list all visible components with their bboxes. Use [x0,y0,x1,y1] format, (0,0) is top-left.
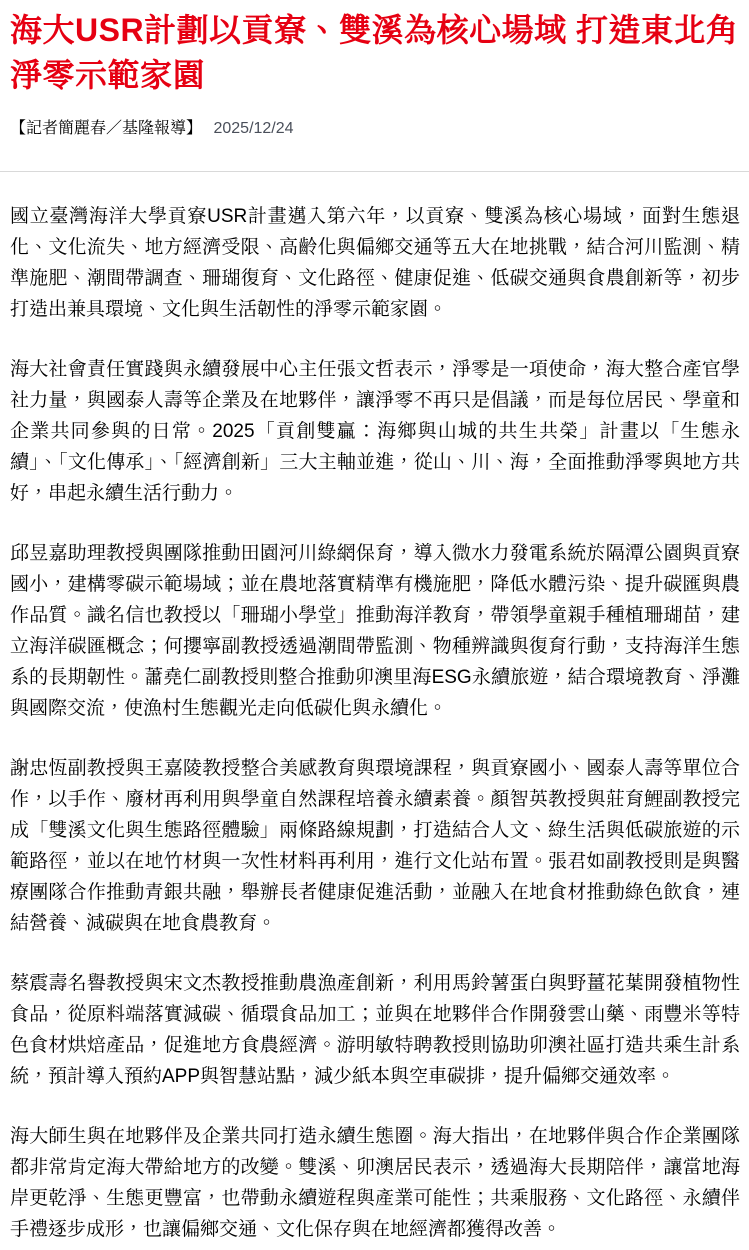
article-date: 2025/12/24 [213,120,293,137]
paragraph: 邱昱嘉助理教授與團隊推動田園河川綠網保育，導入微水力發電系統於隔潭公園與貢寮國小… [10,538,740,724]
article-header: 海大USR計劃以貢寮、雙溪為核心場域 打造東北角淨零示範家園 【記者簡麗春／基隆… [0,0,749,138]
article-page: 海大USR計劃以貢寮、雙溪為核心場域 打造東北角淨零示範家園 【記者簡麗春／基隆… [0,0,749,1245]
paragraph: 海大社會責任實踐與永續發展中心主任張文哲表示，淨零是一項使命，海大整合產官學社力… [10,354,740,509]
byline: 【記者簡麗春／基隆報導】 2025/12/24 [10,119,740,138]
paragraph: 海大師生與在地夥伴及企業共同打造永續生態圈。海大指出，在地夥伴與合作企業團隊都非… [10,1121,740,1245]
divider [0,171,749,172]
paragraph: 蔡震壽名譽教授與宋文杰教授推動農漁產創新，利用馬鈴薯蛋白與野薑花葉開發植物性食品… [10,968,740,1092]
article-body: 國立臺灣海洋大學貢寮USR計畫邁入第六年，以貢寮、雙溪為核心場域，面對生態退化、… [0,201,749,1245]
paragraph: 國立臺灣海洋大學貢寮USR計畫邁入第六年，以貢寮、雙溪為核心場域，面對生態退化、… [10,201,740,325]
article-title: 海大USR計劃以貢寮、雙溪為核心場域 打造東北角淨零示範家園 [10,0,740,98]
paragraph: 謝忠恆副教授與王嘉陵教授整合美感教育與環境課程，與貢寮國小、國泰人壽等單位合作，… [10,753,740,939]
byline-reporter: 【記者簡麗春／基隆報導】 [10,120,202,137]
